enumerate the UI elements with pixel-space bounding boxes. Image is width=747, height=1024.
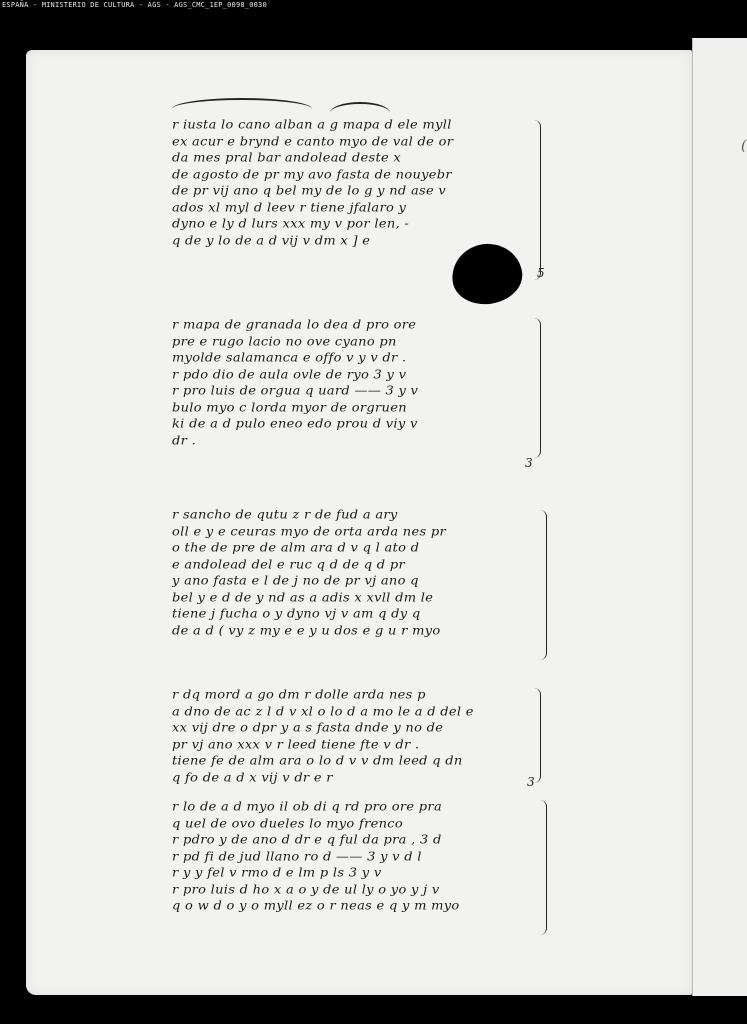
manuscript-line: de pr vij ano q bel my de lo g y nd ase … [172, 185, 552, 200]
manuscript-line: r pd fi de jud llano ro d —— 3 y v d l [172, 850, 552, 865]
manuscript-line: pr vj ano xxx v r leed tiene fte v dr . [172, 738, 552, 753]
margin-bracket [534, 688, 541, 783]
archive-reference-header: ESPAÑA - MINISTERIO DE CULTURA - AGS - A… [2, 1, 267, 9]
facing-page-mark: ( [741, 138, 746, 154]
manuscript-line: xx vij dre o dpr y a s fasta dnde y no d… [172, 722, 552, 737]
manuscript-line: r iusta lo cano alban a g mapa d ele myl… [172, 119, 552, 134]
manuscript-line: y ano fasta e l de j no de pr vj ano q [172, 575, 552, 590]
manuscript-line: r mapa de granada lo dea d pro ore [172, 319, 552, 334]
margin-bracket [534, 120, 541, 280]
margin-bracket [540, 510, 547, 660]
manuscript-line: q o w d o y o myll ez o r neas e q y m m… [172, 900, 552, 915]
manuscript-line: dr . [172, 434, 552, 449]
manuscript-line: r sancho de qutu z r de fud a ary [172, 509, 552, 524]
manuscript-line: ki de a d pulo eneo edo prou d viy v [172, 418, 552, 433]
manuscript-line: myolde salamanca e offo v y v dr . [172, 352, 552, 367]
margin-note: 3 [525, 456, 533, 470]
manuscript-line: bel y e d de y nd as a adis x xvll dm le [172, 591, 552, 606]
manuscript-line: oll e y e ceuras myo de orta arda nes pr [172, 525, 552, 540]
margin-note: 5 [537, 266, 545, 280]
bleed-through-text [300, 283, 500, 298]
manuscript-line: r y y fel v rmo d e lm p ls 3 y v [172, 867, 552, 882]
margin-bracket [534, 318, 541, 458]
facing-page-edge: ( [692, 38, 747, 996]
manuscript-line: bulo myo c lorda myor de orgruen [172, 401, 552, 416]
manuscript-line: tiene fe de alm ara o lo d v v dm leed q… [172, 755, 552, 770]
manuscript-line: de agosto de pr my avo fasta de nouyebr [172, 168, 552, 183]
entry-block-1: r iusta lo cano alban a g mapa d ele myl… [172, 118, 552, 250]
manuscript-line: r pdo dio de aula ovle de ryo 3 y v [172, 368, 552, 383]
manuscript-line: ex acur e brynd e canto myo de val de or [172, 135, 552, 150]
manuscript-line: e andolead del e ruc q d de q d pr [172, 558, 552, 573]
manuscript-line: r pdro y de ano d dr e q ful da pra , 3 … [172, 834, 552, 849]
entry-block-2: r mapa de granada lo dea d pro ore pre e… [172, 318, 552, 450]
manuscript-line: r lo de a d myo il ob di q rd pro ore pr… [172, 801, 552, 816]
manuscript-line: q fo de a d x vij v dr e r [172, 771, 392, 786]
manuscript-line: q uel de ovo dueles lo myo frenco [172, 817, 552, 832]
manuscript-line: a dno de ac z l d v xl o lo d a mo le a … [172, 705, 552, 720]
margin-bracket [540, 800, 547, 935]
manuscript-line: q de y lo de a d vij v dm x ] e [172, 234, 452, 249]
manuscript-line: tiene j fucha o y dyno vj v am q dy q [172, 608, 552, 623]
manuscript-line: pre e rugo lacio no ove cyano pn [172, 335, 552, 350]
margin-note: 3 [527, 775, 535, 789]
top-flourish-left [172, 98, 312, 120]
entry-block-4: r dq mord a go dm r dolle arda nes p a d… [172, 688, 552, 787]
manuscript-line: da mes pral bar andolead deste x [172, 152, 552, 167]
manuscript-line: dyno e ly d lurs xxx my v por len, - [172, 218, 552, 233]
manuscript-line: r dq mord a go dm r dolle arda nes p [172, 689, 552, 704]
entry-block-5: r lo de a d myo il ob di q rd pro ore pr… [172, 800, 552, 916]
manuscript-line: r pro luis de orgua q uard —— 3 y v [172, 385, 552, 400]
manuscript-line: ados xl myl d leev r tiene jfalaro y [172, 201, 552, 216]
manuscript-line: r pro luis d ho x a o y de ul ly o yo y … [172, 883, 552, 898]
manuscript-line: o the de pre de alm ara d v q l ato d [172, 542, 552, 557]
entry-block-3: r sancho de qutu z r de fud a ary oll e … [172, 508, 552, 640]
manuscript-line: de a d ( vy z my e e y u dos e g u r myo [172, 624, 552, 639]
